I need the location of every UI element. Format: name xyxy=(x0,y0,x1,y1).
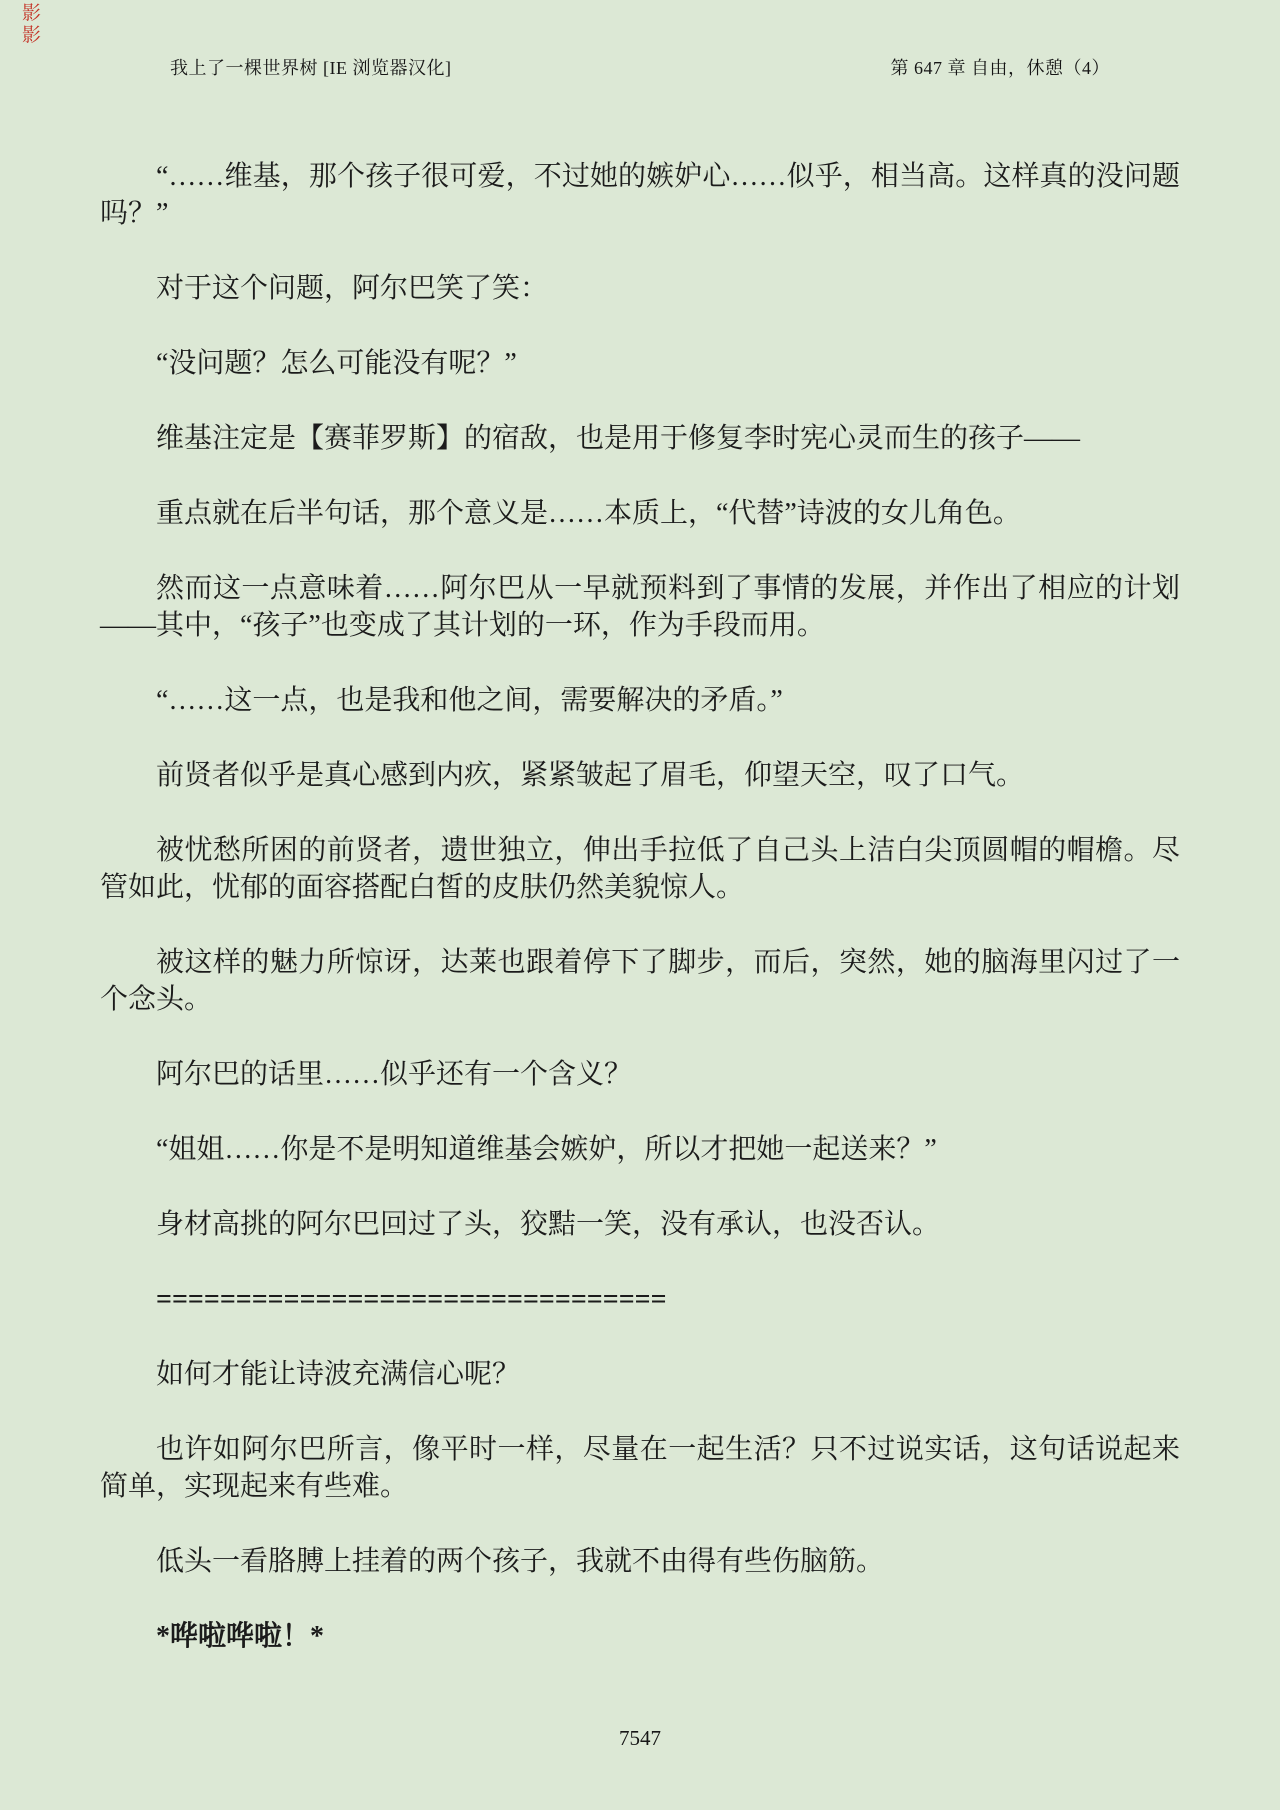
page-header: 我上了一棵世界树 [IE 浏览器汉化] 第 647 章 自由，休憩（4） xyxy=(170,54,1110,80)
paragraph: 低头一看胳膊上挂着的两个孩子，我就不由得有些伤脑筋。 xyxy=(100,1543,1180,1580)
paragraph: 重点就在后半句话，那个意义是……本质上，“代替”诗波的女儿角色。 xyxy=(100,495,1180,532)
separator-line: ================================ xyxy=(100,1281,1180,1318)
paragraph: 然而这一点意味着……阿尔巴从一早就预料到了事情的发展，并作出了相应的计划——其中… xyxy=(100,570,1180,644)
paragraph: 被这样的魅力所惊讶，达莱也跟着停下了脚步，而后，突然，她的脑海里闪过了一个念头。 xyxy=(100,944,1180,1018)
paragraph: *哗啦哗啦！* xyxy=(100,1618,1180,1655)
paragraph: “没问题？怎么可能没有呢？” xyxy=(100,345,1180,382)
paragraph: “……这一点，也是我和他之间，需要解决的矛盾。” xyxy=(100,682,1180,719)
paragraph: 前贤者似乎是真心感到内疚，紧紧皱起了眉毛，仰望天空，叹了口气。 xyxy=(100,757,1180,794)
paragraph: “姐姐……你是不是明知道维基会嫉妒，所以才把她一起送来？” xyxy=(100,1131,1180,1168)
red-watermark-line: 影 xyxy=(22,25,41,47)
paragraph: 被忧愁所困的前贤者，遗世独立，伸出手拉低了自己头上洁白尖顶圆帽的帽檐。尽管如此，… xyxy=(100,832,1180,906)
page-number: 7547 xyxy=(0,1726,1280,1751)
chapter-title: 第 647 章 自由，休憩（4） xyxy=(891,54,1111,80)
paragraph: 如何才能让诗波充满信心呢？ xyxy=(100,1356,1180,1393)
red-watermark-line: 影 xyxy=(22,3,41,25)
paragraph: 身材高挑的阿尔巴回过了头，狡黠一笑，没有承认，也没否认。 xyxy=(100,1206,1180,1243)
paragraph: 维基注定是【赛菲罗斯】的宿敌，也是用于修复李时宪心灵而生的孩子—— xyxy=(100,420,1180,457)
paragraph: “……维基，那个孩子很可爱，不过她的嫉妒心……似乎，相当高。这样真的没问题吗？” xyxy=(100,158,1180,232)
book-title: 我上了一棵世界树 [IE 浏览器汉化] xyxy=(170,54,451,80)
red-watermark: 影 影 xyxy=(22,3,41,47)
paragraph: 对于这个问题，阿尔巴笑了笑： xyxy=(100,270,1180,307)
paragraph: 阿尔巴的话里……似乎还有一个含义？ xyxy=(100,1056,1180,1093)
chapter-body: “……维基，那个孩子很可爱，不过她的嫉妒心……似乎，相当高。这样真的没问题吗？”… xyxy=(100,158,1180,1693)
paragraph: 也许如阿尔巴所言，像平时一样，尽量在一起生活？只不过说实话，这句话说起来简单，实… xyxy=(100,1431,1180,1505)
